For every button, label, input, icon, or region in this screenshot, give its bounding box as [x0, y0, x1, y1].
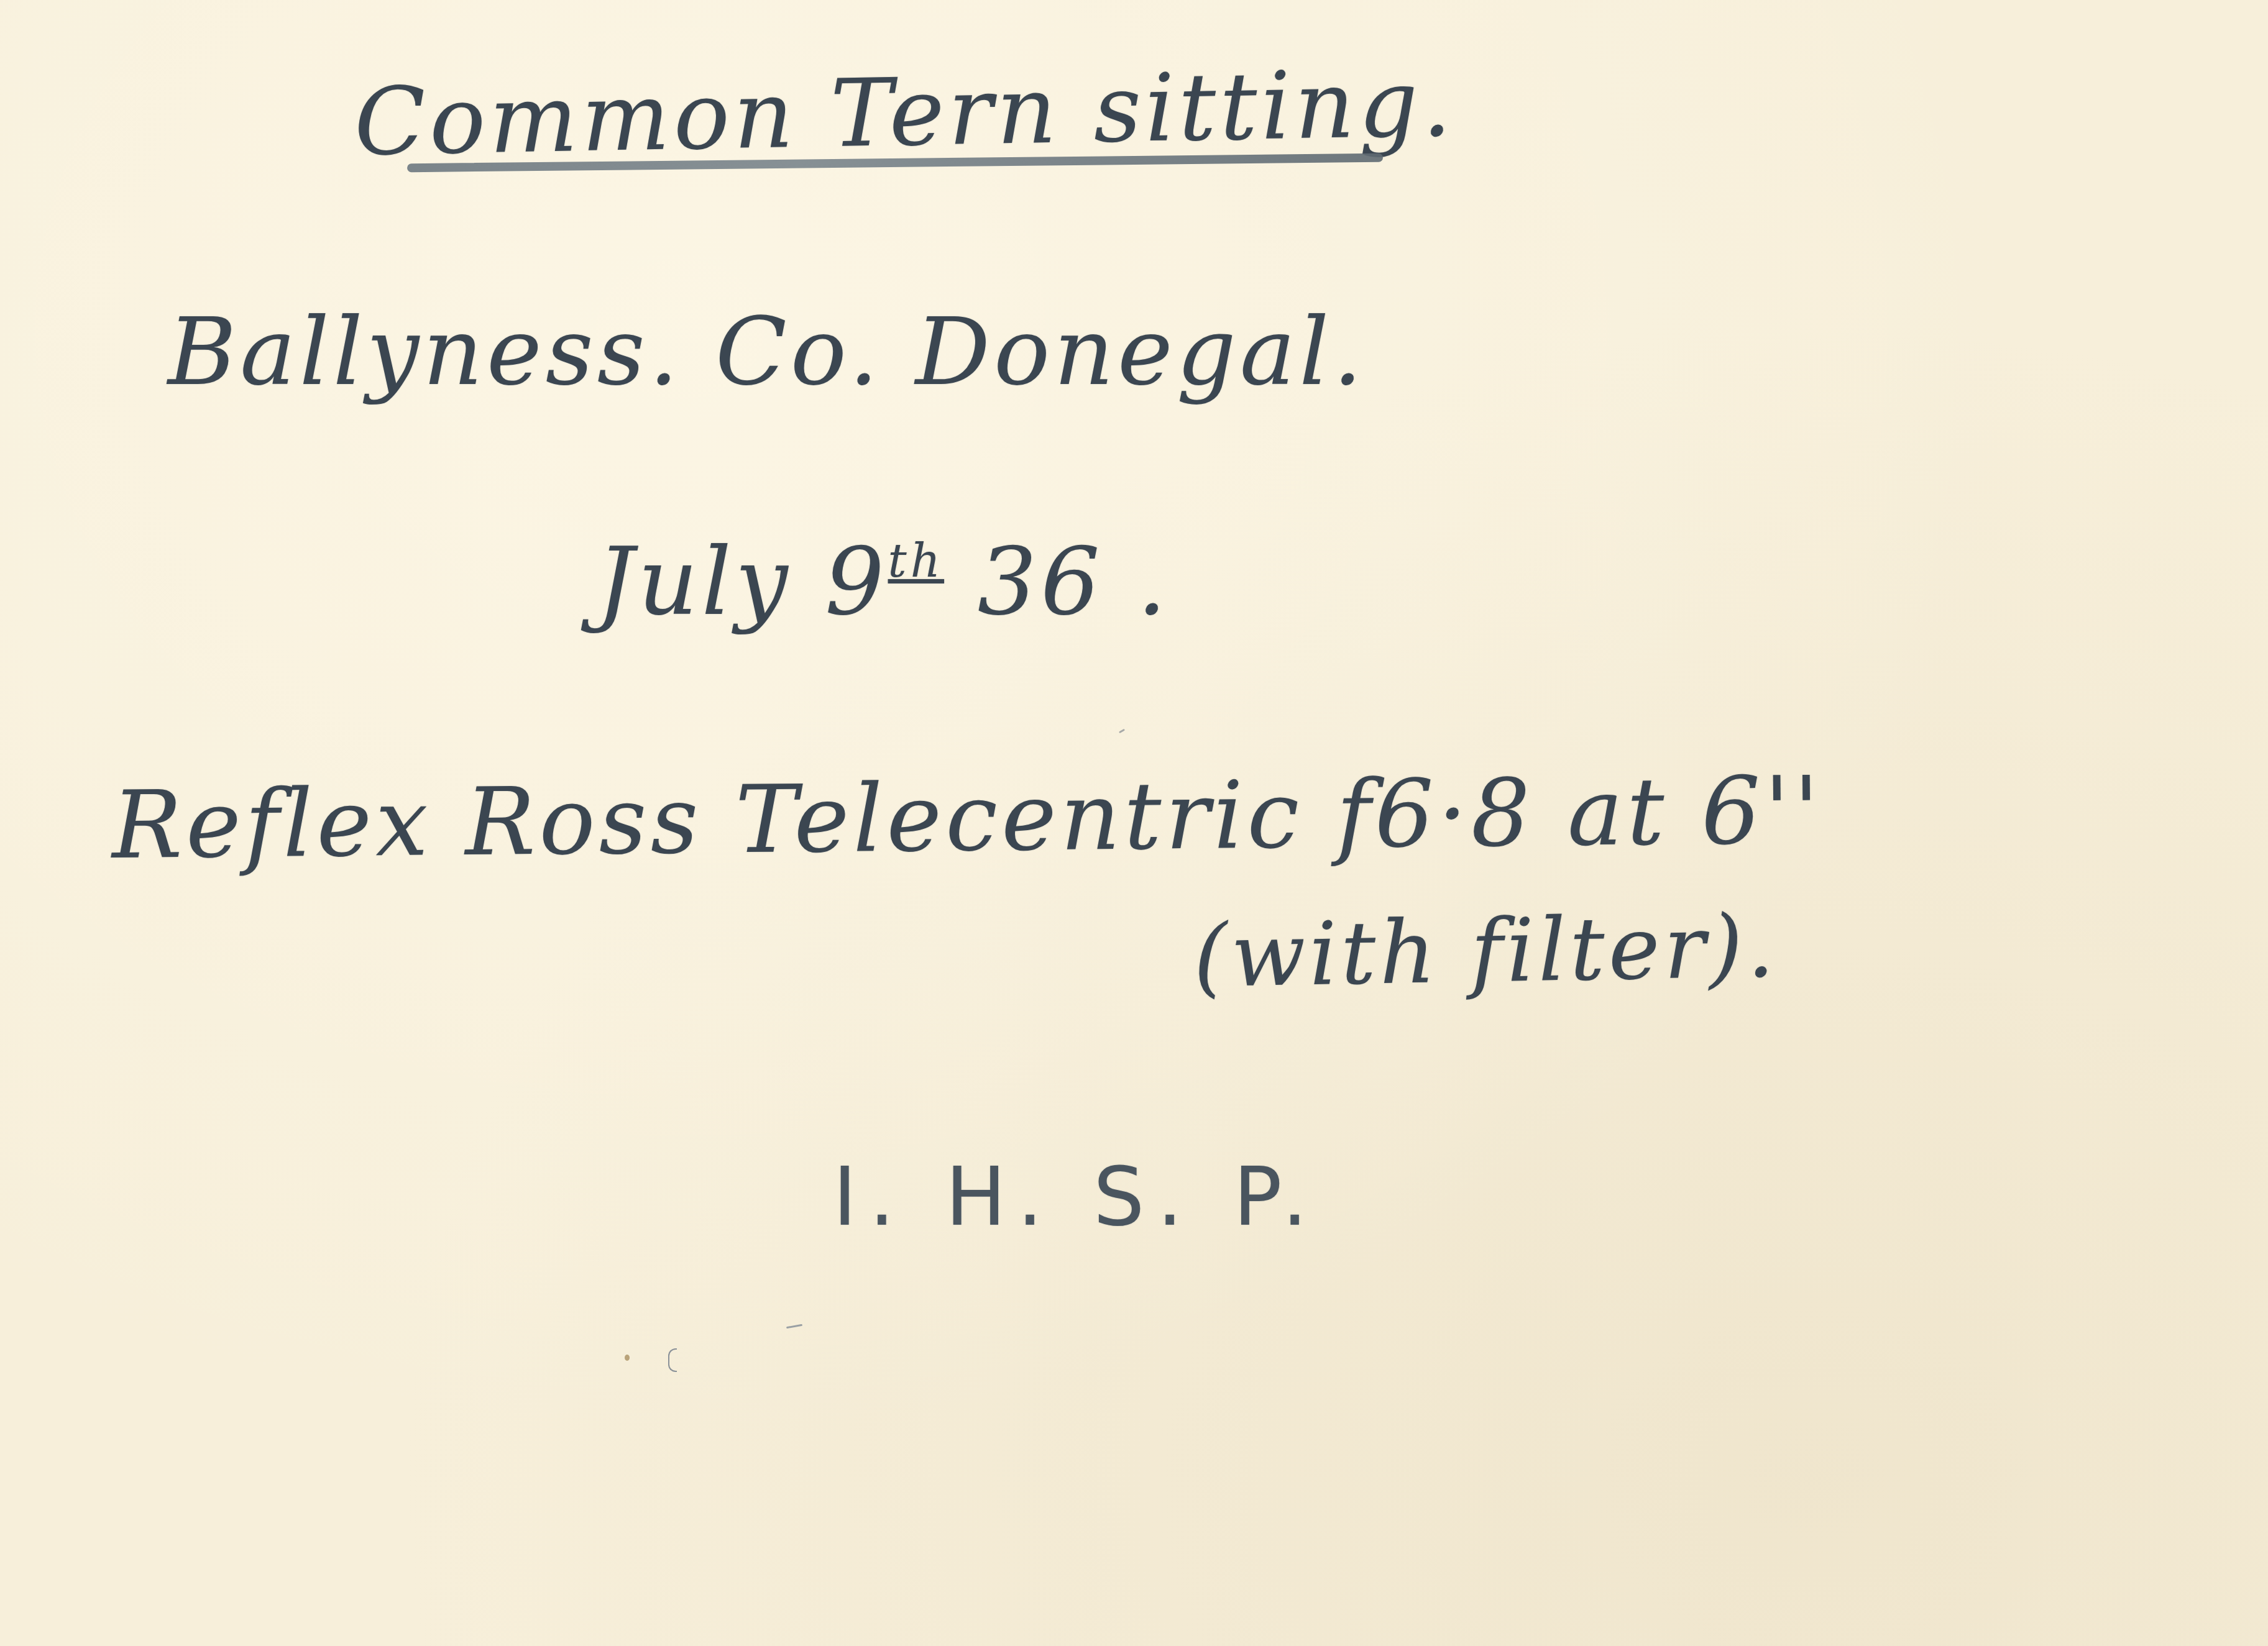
date-line: July 9th 36 . [597, 528, 1170, 636]
date-ordinal-suffix: th [888, 533, 944, 588]
paper-fleck [668, 1348, 677, 1372]
camera-settings-line: Reflex Ross Telecentric f6·8 at 6'' [111, 757, 1824, 880]
date-trailing-period: . [1104, 528, 1170, 636]
date-month-day: July 9 [597, 528, 888, 636]
date-year: 36 [978, 528, 1104, 636]
location-line: Ballyness. Co. Donegal. [168, 298, 1366, 406]
camera-filter-note: (with filter). [1193, 896, 1779, 1007]
author-initials: I. H. S. P. [833, 1150, 1320, 1244]
paper-fleck [625, 1355, 630, 1361]
